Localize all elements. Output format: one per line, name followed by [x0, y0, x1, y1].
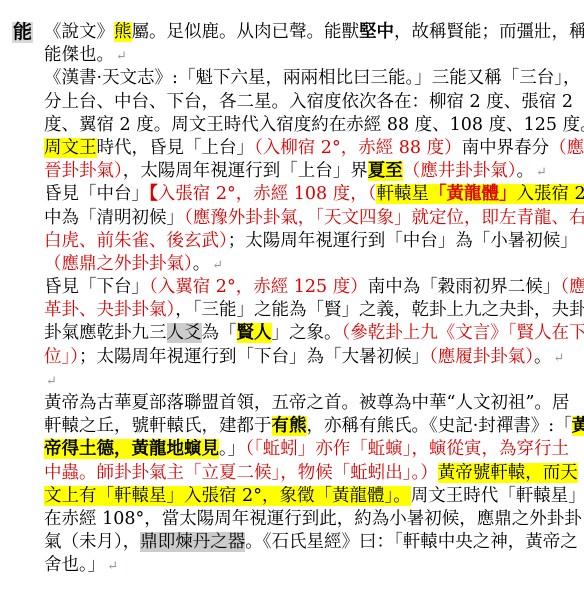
text-run: 堅中 — [359, 22, 394, 42]
text-run: ；太陽周年視運行到「下台」為「大暑初候」 — [79, 347, 429, 367]
text-line: 革卦、夬卦卦氣），「三能」之能為「賢」之義，乾卦上九之夬卦，夬卦 — [44, 299, 582, 322]
text-run: ，故稱賢能；而彊壯，稱 — [394, 22, 584, 42]
text-run: 黃帝為古華夏部落聯盟首領，五帝之首。被尊為中華“人文初祖”。居 — [44, 393, 569, 413]
document-text-area: 《說文》熊屬。足似鹿。从肉已聲。能獸堅中，故稱賢能；而彊壯，稱能傑也。↵《漢書·… — [44, 21, 582, 578]
text-run: 度、翼宿 2 度。周文王時代入宿度約在赤經 88 度、108 度、125 度。） — [44, 115, 584, 135]
text-run: （應 — [560, 277, 584, 297]
text-run: 軒轅星 — [376, 184, 429, 204]
text-run: 。」 — [219, 439, 245, 459]
text-run: 南中為「穀雨初界二候」 — [368, 277, 561, 297]
text-run: （應 — [549, 138, 584, 158]
text-run: 鼎即煉丹之器 — [140, 532, 245, 552]
text-run: 文上有「軒轅星」入張宿 2°，象徵「黃龍體」。 — [44, 486, 411, 506]
text-run: 《說文》 — [44, 22, 114, 42]
text-run: 」之象。 — [272, 323, 342, 343]
text-run: 周文王 — [44, 138, 97, 158]
text-line: 位」）；太陽周年視運行到「下台」為「大暑初候」（應履卦卦氣）。↵ — [44, 346, 582, 369]
text-run: 昏見「中台」 — [44, 184, 149, 204]
text-run: （應鼎之外卦卦氣） — [44, 254, 193, 274]
headword-entry: 能 — [12, 22, 33, 43]
text-run: 白虎、前朱雀、後玄武） — [44, 231, 228, 251]
text-line: 中為「清明初候」（應豫外卦卦氣，「天文四象」就定位，即左青龍、右 — [44, 207, 582, 230]
text-run: （入翼宿 2°，赤經 125 度） — [149, 277, 368, 297]
text-line: 卦氣應乾卦九三人爻為「賢人」之象。（參乾卦上九《文言》「賢人在下 — [44, 322, 582, 345]
document-page: 能 《說文》熊屬。足似鹿。从肉已聲。能獸堅中，故稱賢能；而彊壯，稱能傑也。↵《漢… — [0, 0, 584, 591]
text-run: 黃 — [572, 416, 584, 436]
text-line: 晉卦卦氣），太陽周年視運行到「上台」界夏至（應井卦卦氣）。↵ — [44, 160, 582, 183]
text-run: 。《石氏星經》曰：「軒轅中央之神，黃帝之 — [245, 532, 578, 552]
paragraph-mark-icon: ↵ — [534, 165, 547, 180]
text-run: 昏見「下台」 — [44, 277, 149, 297]
text-line: 昏見「下台」（入翼宿 2°，赤經 125 度）南中為「穀雨初界二候」（應 — [44, 276, 582, 299]
text-run: 「黃龍體」 — [429, 184, 517, 204]
text-run: 南中界春分 — [462, 138, 550, 158]
text-line: ↵ — [44, 369, 582, 392]
text-line: 白虎、前朱雀、後玄武）；太陽周年視運行到「中台」為「小暑初候」 — [44, 230, 582, 253]
text-line: 氣（未月），鼎即煉丹之器。《石氏星經》曰：「軒轅中央之神，黃帝之 — [44, 531, 582, 554]
text-run: 《漢書·天文志》:「魁下六星，兩兩相比曰三能。」三能又稱「三台」， — [44, 68, 580, 88]
text-run: （入柳宿 2°，赤經 88 度） — [254, 138, 462, 158]
text-run: 晉卦卦氣） — [44, 161, 123, 181]
text-run: ，「三能」之能為「賢」之義，乾卦上九之夬卦，夬卦 — [175, 300, 584, 320]
paragraph-mark-icon: ↵ — [44, 374, 57, 389]
text-run: ，太陽周年視運行到「上台」界 — [123, 161, 368, 181]
text-run: ；太陽周年視運行到「中台」為「小暑初候」 — [228, 231, 578, 251]
text-run: （應井卦卦氣） — [403, 161, 517, 181]
text-run: 時代，昏見「上台」 — [97, 138, 255, 158]
text-run: 。 — [517, 161, 535, 181]
text-run: 卦氣應乾卦九三 — [44, 323, 167, 343]
text-run: （參乾卦上九《文言》「賢人在下 — [342, 323, 584, 343]
text-run: 革卦、夬卦卦氣） — [44, 300, 175, 320]
text-line: 《漢書·天文志》:「魁下六星，兩兩相比曰三能。」三能又稱「三台」， — [44, 67, 582, 90]
text-line: 周文王時代，昏見「上台」（入柳宿 2°，赤經 88 度）南中界春分（應 — [44, 137, 582, 160]
text-line: 度、翼宿 2 度。周文王時代入宿度約在赤經 88 度、108 度、125 度。）… — [44, 114, 582, 137]
text-run: （應豫外卦卦氣，「天文四象」就定位，即左青龍、右 — [184, 208, 584, 228]
text-run: 入張宿 2°，赤經 108 度，（ — [158, 184, 377, 204]
text-run: 舍也。」 — [44, 555, 105, 575]
text-run: 帝得土德，黃龍地螾見 — [44, 439, 219, 459]
text-line: 軒轅之丘，號軒轅氏，建都于有熊，亦稱有熊氏。《史記·封禪書》:「黃 — [44, 415, 582, 438]
text-run: 賢人 — [237, 323, 272, 343]
text-line: 能傑也。↵ — [44, 44, 582, 67]
text-run: 分上台、中台、下台，各二星。入宿度依次各在：柳宿 2 度、張宿 2 — [44, 92, 573, 112]
text-line: 舍也。」↵ — [44, 554, 582, 577]
paragraph-mark-icon: ↵ — [105, 559, 118, 574]
text-run: 【 — [149, 184, 158, 204]
paragraph-mark-icon: ↵ — [552, 351, 565, 366]
text-line: 中蟲。師卦卦氣主「立夏二候」，物候「蚯蚓出」。）黃帝號軒轅，而天 — [44, 462, 582, 485]
text-run: 入張宿 2° — [516, 184, 584, 204]
text-run: 黃帝號軒轅，而天 — [438, 463, 578, 483]
text-line: 黃帝為古華夏部落聯盟首領，五帝之首。被尊為中華“人文初祖”。居 — [44, 392, 582, 415]
text-line: 帝得土德，黃龍地螾見。」（「蚯蚓」亦作「蚯螾」，螾從寅，為穿行土 — [44, 438, 582, 461]
text-run: 能傑也。 — [44, 45, 114, 65]
paragraph-mark-icon: ↵ — [114, 49, 127, 64]
text-run: 。 — [193, 254, 211, 274]
text-line: 《說文》熊屬。足似鹿。从肉已聲。能獸堅中，故稱賢能；而彊壯，稱 — [44, 21, 582, 44]
text-run: （「蚯蚓」亦作「蚯螾」，螾從寅，為穿行土 — [245, 439, 569, 459]
text-run: （應履卦卦氣） — [429, 347, 534, 367]
text-run: 有熊 — [272, 416, 307, 436]
text-line: 分上台、中台、下台，各二星。入宿度依次各在：柳宿 2 度、張宿 2 — [44, 91, 582, 114]
text-run: 為「 — [202, 323, 237, 343]
text-run: 。 — [534, 347, 552, 367]
text-run: 屬。足似鹿。从肉已聲。能獸 — [132, 22, 360, 42]
text-run: 周文王時代「軒轅星」 — [411, 486, 584, 506]
text-line: 在赤經 108°，當太陽周年視運行到此，約為小暑初候，應鼎之外卦卦 — [44, 508, 582, 531]
text-run: 位」） — [44, 347, 79, 367]
text-line: （應鼎之外卦卦氣）。↵ — [44, 253, 582, 276]
text-run: 在赤經 108°，當太陽周年視運行到此，約為小暑初候，應鼎之外卦卦 — [44, 509, 582, 529]
text-run: 熊 — [114, 22, 132, 42]
text-run: 夏至 — [368, 161, 403, 181]
text-run: 中蟲。師卦卦氣主「立夏二候」，物候「蚯蚓出」。） — [44, 463, 438, 483]
paragraph-mark-icon: ↵ — [210, 258, 223, 273]
text-line: 昏見「中台」【入張宿 2°，赤經 108 度，（軒轅星「黃龍體」入張宿 2°）】… — [44, 183, 582, 206]
text-run: 人爻 — [167, 323, 202, 343]
text-run: ，亦稱有熊氏。《史記·封禪書》:「 — [307, 416, 572, 436]
text-run: 氣（未月）， — [44, 532, 140, 552]
text-run: 軒轅之丘，號軒轅氏，建都于 — [44, 416, 272, 436]
text-run: 中為「清明初候」 — [44, 208, 184, 228]
text-line: 文上有「軒轅星」入張宿 2°，象徵「黃龍體」。周文王時代「軒轅星」 — [44, 485, 582, 508]
